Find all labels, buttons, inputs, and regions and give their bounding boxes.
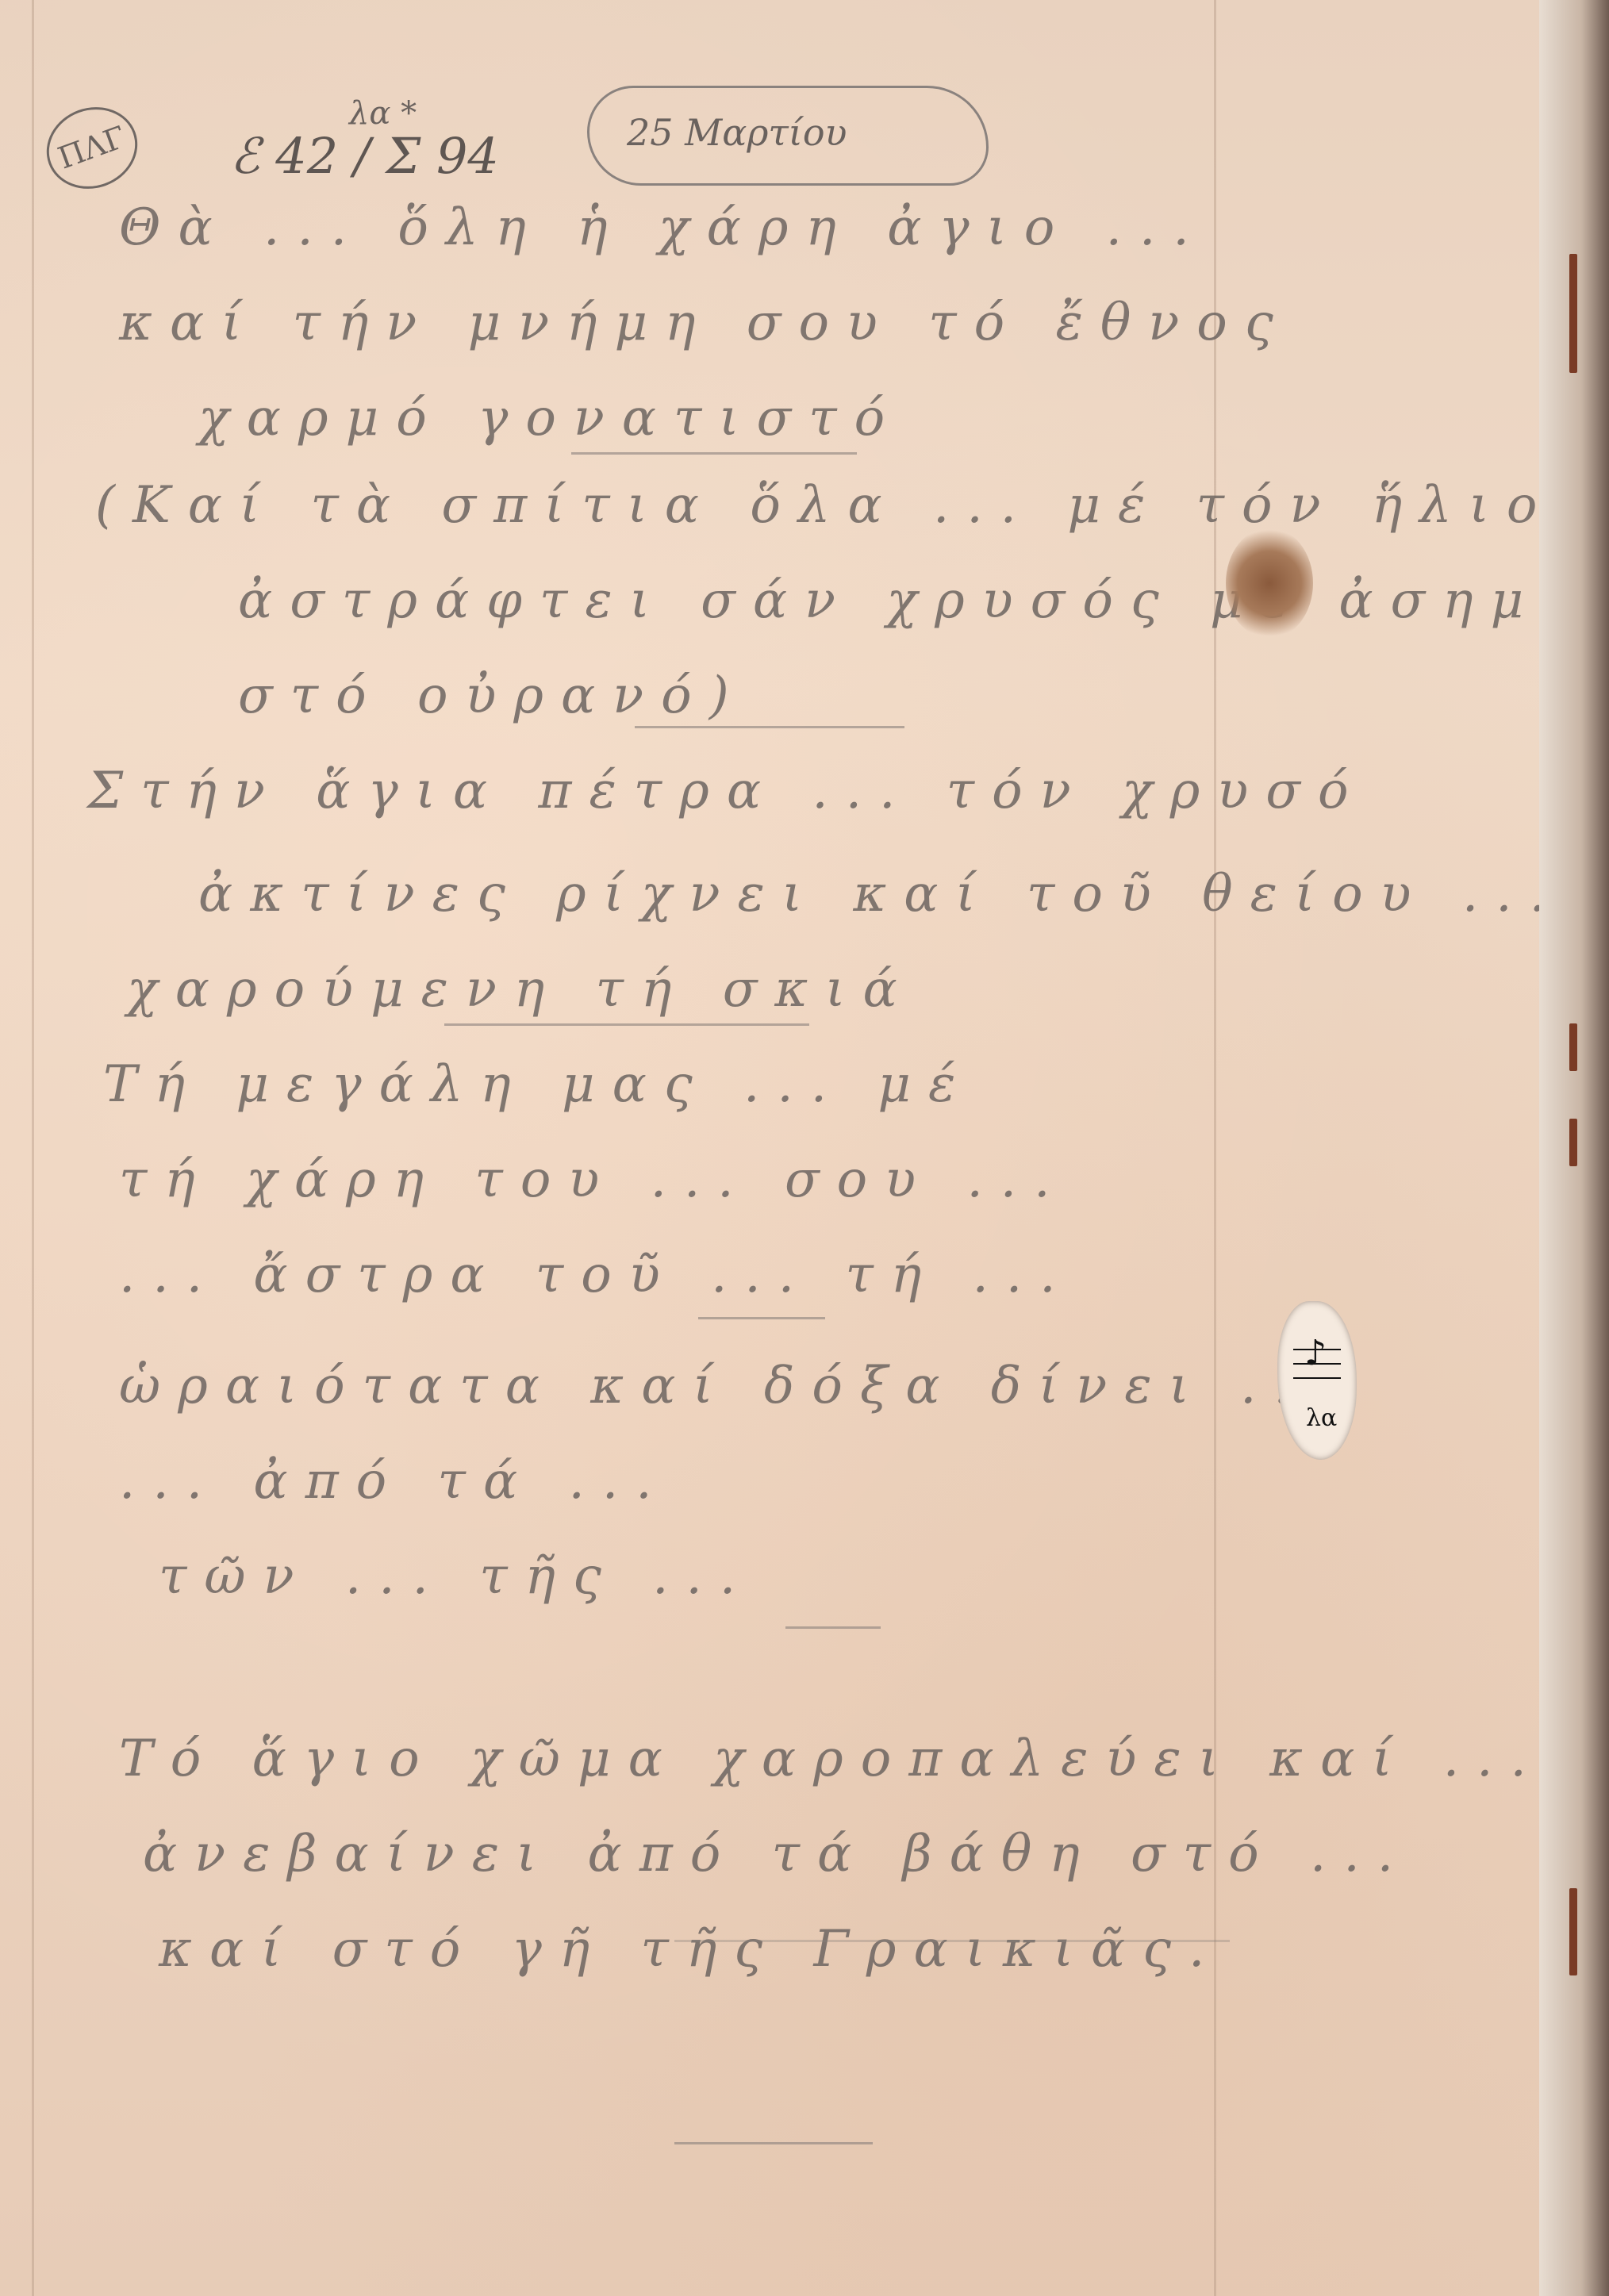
text-line-2: καί τήν μνήμη σου τό ἔθνος [119,294,1291,352]
date-text: 25 Μαρτίου [627,111,847,154]
text-line-10: Τή μεγάλη μας ... μέ [103,1055,973,1114]
torn-hole-printed-fragment: ♪ λα [1277,1301,1357,1460]
staple-mark [1569,1119,1577,1166]
text-line-1: Θὰ ... ὅλη ἡ χάρη ἀγιο ... [119,198,1207,257]
underline [698,1317,825,1319]
text-line-12: ... ἄστρα τοῦ ... τή ... [119,1246,1073,1304]
reference-number: ℰ 42 / Σ 94 [230,127,499,185]
text-line-7: Στήν ἅγια πέτρα ... τόν χρυσό [87,762,1365,820]
paper-crease [32,0,34,2296]
underline [571,452,857,455]
text-line-15: τῶν ... τῆς ... [159,1547,753,1606]
staple-mark [1569,254,1577,373]
text-line-3: χαρμό γονατιστό [198,389,902,447]
text-line-13: ὡραιότατα καί δόξα δίνει ... [119,1357,1341,1415]
underline [785,1626,881,1629]
water-stain [1226,528,1313,639]
manuscript-page: ΠΛΓ λα * ℰ 42 / Σ 94 25 Μαρτίου Θὰ ... ὅ… [0,0,1539,2296]
staple-mark [1569,1023,1577,1071]
music-note-icon: ♪ [1304,1333,1327,1373]
text-line-11: τή χάρη του ... σου ... [119,1150,1067,1209]
text-line-18: καί στό γῆ τῆς Γραικιᾶς. [159,1920,1222,1979]
underline [674,1940,1230,1942]
text-line-14: ... ἀπό τά ... [119,1452,670,1511]
underline [674,2142,873,2144]
text-line-5: ἀστράφτει σάν χρυσός μέ ἀσημένια ... [238,571,1609,630]
text-line-8: ἀκτίνες ρίχνει καί τοῦ θείου ... [198,865,1563,923]
staple-mark [1569,1888,1577,1975]
text-line-16: Τό ἅγιο χῶμα χαροπαλεύει καί ... [119,1730,1544,1788]
text-line-17: ἀνεβαίνει ἀπό τά βάθη στό ... [143,1825,1411,1883]
text-line-4: (Καί τὰ σπίτια ὅλα ... μέ τόν ἥλιο σου [95,476,1609,535]
underline [635,726,904,728]
circled-margin-mark: ΠΛΓ [35,94,149,202]
underline [444,1023,809,1026]
text-line-9: χαρούμενη τή σκιά [127,960,915,1019]
text-line-6: στό οὐρανό) [238,666,747,725]
